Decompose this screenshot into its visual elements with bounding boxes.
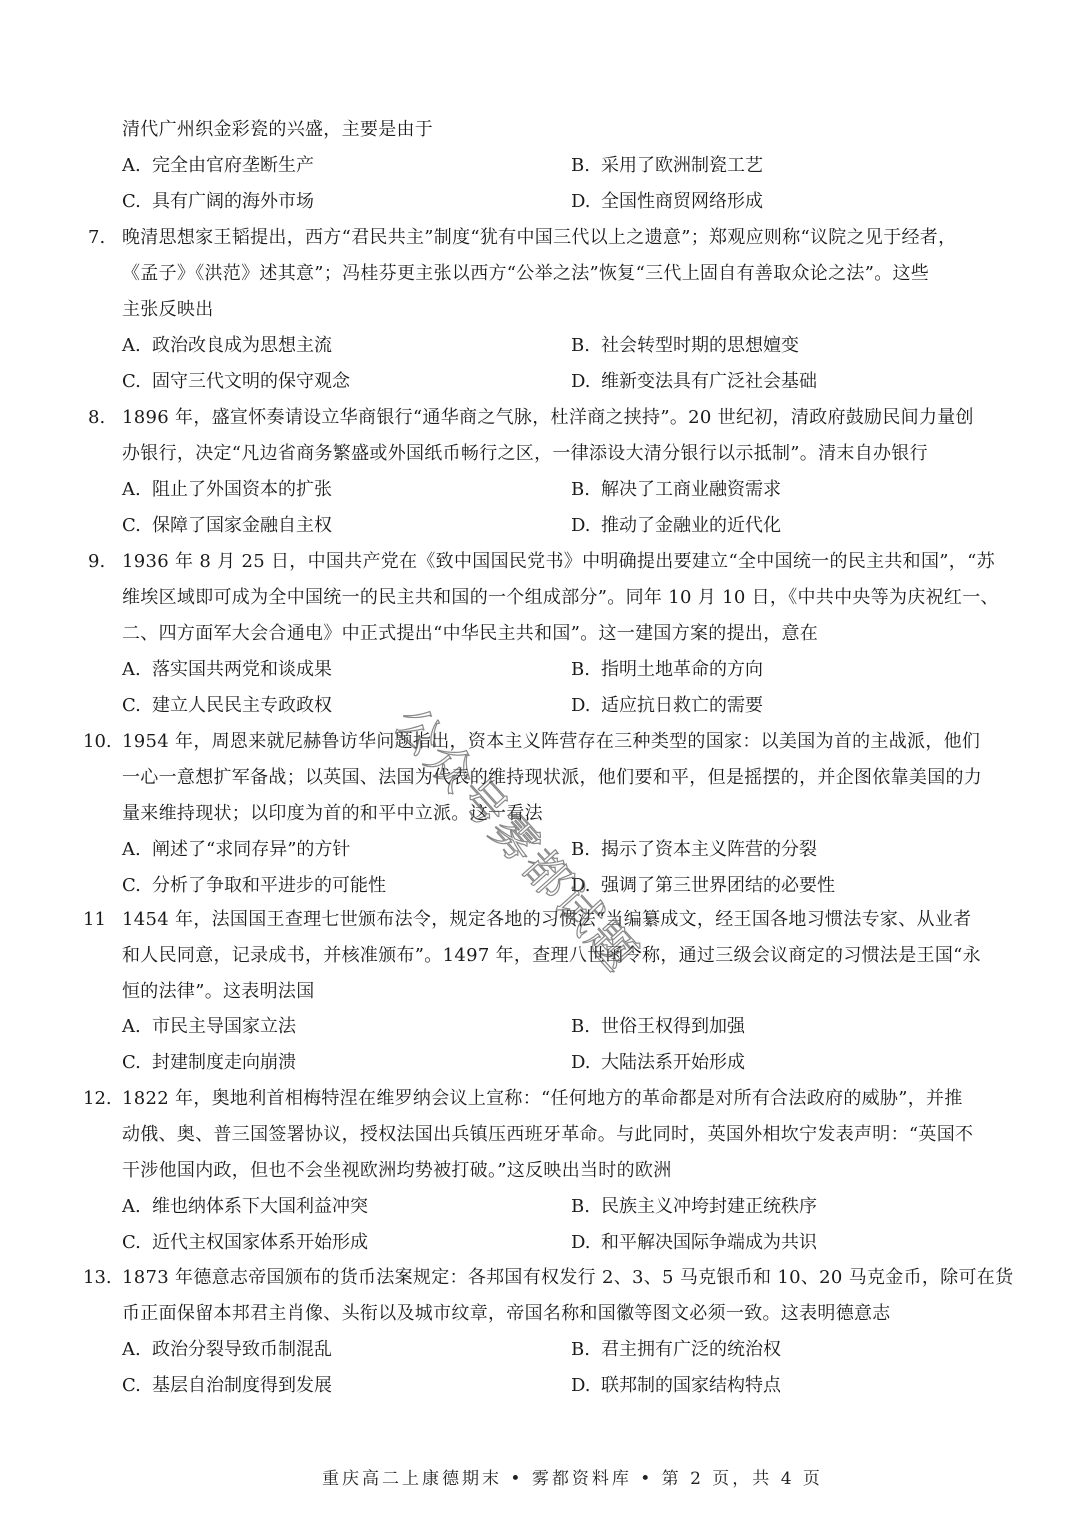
q8-number: 8. bbox=[88, 407, 105, 429]
q9-number: 9. bbox=[88, 551, 105, 573]
q8-option-d: D.推动了金融业的近代化 bbox=[571, 515, 781, 537]
q11-option-b: B.世俗王权得到加强 bbox=[571, 1016, 745, 1038]
q10-option-b: B.揭示了资本主义阵营的分裂 bbox=[571, 839, 817, 861]
q9-stem-line-1: 1936 年 8 月 25 日，中国共产党在《致中国国民党书》中明确提出要建立“… bbox=[122, 551, 995, 573]
q9-option-b: B.指明土地革命的方向 bbox=[571, 659, 763, 681]
q6-option-d: D.全国性商贸网络形成 bbox=[571, 191, 763, 213]
q12-stem-line-2: 动俄、奥、普三国签署协议，授权法国出兵镇压西班牙革命。与此同时，英国外相坎宁发表… bbox=[122, 1124, 973, 1146]
q9-stem-line-2: 维埃区域即可成为全中国统一的民主共和国的一个组成部分”。同年 10 月 10 日… bbox=[122, 587, 999, 609]
q12-option-a: A.维也纳体系下大国利益冲突 bbox=[122, 1196, 368, 1218]
q12-option-b: B.民族主义冲垮封建正统秩序 bbox=[571, 1196, 817, 1218]
q7-stem-line-2: 《孟子》《洪范》述其意”；冯桂芬更主张以西方“公举之法”恢复“三代上固自有善取众… bbox=[122, 263, 929, 285]
q13-stem-line-1: 1873 年德意志帝国颁布的货币法案规定：各邦国有权发行 2、3、5 马克银币和… bbox=[122, 1267, 1013, 1289]
q8-option-c: C.保障了国家金融自主权 bbox=[122, 515, 332, 537]
q10-number: 10. bbox=[83, 731, 112, 753]
q9-option-c: C.建立人民民主专政政权 bbox=[122, 695, 332, 717]
q6-stem-line-1: 清代广州织金彩瓷的兴盛，主要是由于 bbox=[122, 119, 433, 141]
q12-option-d: D.和平解决国际争端成为共识 bbox=[571, 1232, 817, 1254]
q11-option-c: C.封建制度走向崩溃 bbox=[122, 1052, 296, 1074]
q11-option-a: A.市民主导国家立法 bbox=[122, 1016, 296, 1038]
q13-option-b: B.君主拥有广泛的统治权 bbox=[571, 1339, 781, 1361]
q7-option-a: A.政治改良成为思想主流 bbox=[122, 335, 332, 357]
q9-stem-line-3: 二、四方面军大会合通电》中正式提出“中华民主共和国”。这一建国方案的提出，意在 bbox=[122, 623, 818, 645]
q8-stem-line-1: 1896 年，盛宣怀奏请设立华商银行“通华商之气脉，杜洋商之挟持”。20 世纪初… bbox=[122, 407, 974, 429]
q6-option-c: C.具有广阔的海外市场 bbox=[122, 191, 314, 213]
q13-option-d: D.联邦制的国家结构特点 bbox=[571, 1375, 781, 1397]
q12-stem-line-3: 干涉他国内政，但也不会坐视欧洲均势被打破。”这反映出当时的欧洲 bbox=[122, 1160, 672, 1182]
q6-option-b: B.采用了欧洲制瓷工艺 bbox=[571, 155, 763, 177]
q7-stem-line-3: 主张反映出 bbox=[122, 299, 214, 321]
page-footer: 重庆高二上康德期末 • 雾都资料库 • 第 2 页，共 4 页 bbox=[322, 1464, 823, 1489]
q8-stem-line-2: 办银行，决定“凡边省商务繁盛或外国纸币畅行之区，一律添设大清分银行以示抵制”。清… bbox=[122, 443, 928, 465]
q12-stem-line-1: 1822 年，奥地利首相梅特涅在维罗纳会议上宣称：“任何地方的革命都是对所有合法… bbox=[122, 1088, 963, 1110]
q9-option-d: D.适应抗日救亡的需要 bbox=[571, 695, 763, 717]
q13-number: 13. bbox=[83, 1267, 112, 1289]
q10-stem-line-2: 一心一意想扩军备战；以英国、法国为代表的维持现状派，他们要和平，但是摇摆的，并企… bbox=[122, 767, 982, 789]
q13-option-c: C.基层自治制度得到发展 bbox=[122, 1375, 332, 1397]
q8-option-a: A.阻止了外国资本的扩张 bbox=[122, 479, 332, 501]
q11-option-d: D.大陆法系开始形成 bbox=[571, 1052, 745, 1074]
q7-option-b: B.社会转型时期的思想嬗变 bbox=[571, 335, 799, 357]
q8-option-b: B.解决了工商业融资需求 bbox=[571, 479, 781, 501]
q11-stem-line-3: 恒的法律”。这表明法国 bbox=[122, 981, 315, 1003]
q11-number: 11 bbox=[83, 909, 106, 931]
q7-stem-line-1: 晚清思想家王韬提出，西方“君民共主”制度“犹有中国三代以上之遗意”；郑观应则称“… bbox=[122, 227, 956, 249]
q7-option-c: C.固守三代文明的保守观念 bbox=[122, 371, 350, 393]
q7-option-d: D.维新变法具有广泛社会基础 bbox=[571, 371, 817, 393]
q10-option-c: C.分析了争取和平进步的可能性 bbox=[122, 875, 386, 897]
q12-option-c: C.近代主权国家体系开始形成 bbox=[122, 1232, 368, 1254]
q9-option-a: A.落实国共两党和谈成果 bbox=[122, 659, 332, 681]
q10-stem-line-1: 1954 年，周恩来就尼赫鲁访华问题指出，资本主义阵营存在三种类型的国家：以美国… bbox=[122, 731, 980, 753]
q12-number: 12. bbox=[83, 1088, 112, 1110]
q13-option-a: A.政治分裂导致币制混乱 bbox=[122, 1339, 332, 1361]
q6-option-a: A.完全由官府垄断生产 bbox=[122, 155, 314, 177]
q10-option-a: A.阐述了“求同存异”的方针 bbox=[122, 839, 350, 861]
exam-page: 清代广州织金彩瓷的兴盛，主要是由于 A.完全由官府垄断生产 B.采用了欧洲制瓷工… bbox=[0, 0, 1080, 1527]
q11-stem-line-2: 和人民同意，记录成书，并核准颁布”。1497 年，查理八世函令称，通过三级会议商… bbox=[122, 945, 981, 967]
q7-number: 7. bbox=[88, 227, 105, 249]
q13-stem-line-2: 币正面保留本邦君主肖像、头衔以及城市纹章，帝国名称和国徽等图文必须一致。这表明德… bbox=[122, 1303, 891, 1325]
